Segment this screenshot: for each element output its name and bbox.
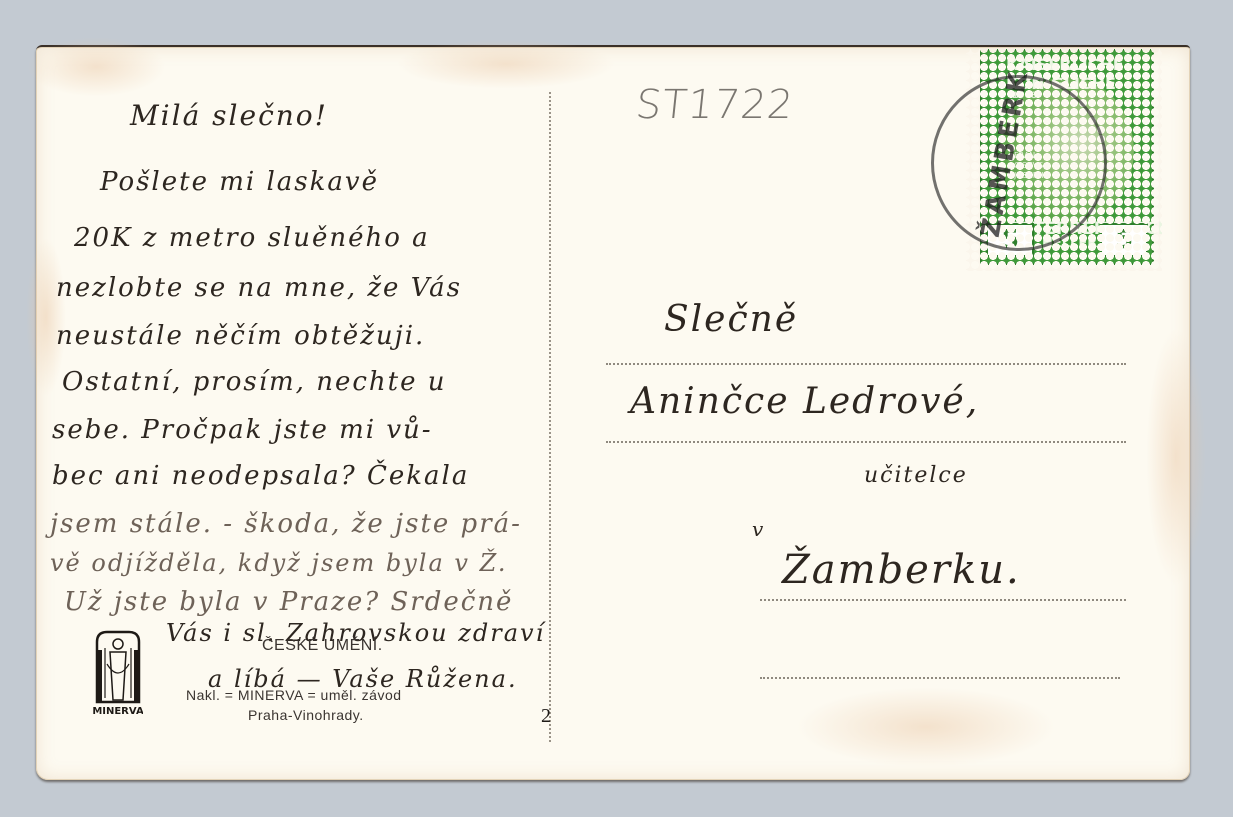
- address-town: Žamberku.: [782, 547, 1021, 593]
- message-line: Pošlete mi laskavě: [100, 167, 379, 197]
- svg-text:MINERVA: MINERVA: [93, 706, 143, 716]
- age-stain: [26, 237, 66, 397]
- age-stain: [26, 37, 166, 97]
- message-line: jsem stále. - škoda, že jste prá-: [50, 509, 522, 539]
- address-salutation: Slečně: [664, 299, 798, 340]
- publisher-series: ČESKÉ UMĚNÍ.: [262, 637, 383, 655]
- age-stain: [1146, 327, 1206, 587]
- stamp-value-right: 5: [1100, 223, 1148, 257]
- postmark: ŽAMBERK: [931, 75, 1107, 251]
- page-number: 2: [541, 705, 551, 728]
- message-greeting: Milá slečno!: [130, 99, 328, 132]
- postcard: ST1722 Milá slečno! Pošlete mi laskavě 2…: [36, 45, 1190, 780]
- message-line: bec ani neodepsala? Čekala: [52, 461, 469, 491]
- message-line: sebe. Pročpak jste mi vů-: [52, 415, 433, 445]
- age-stain: [796, 687, 1056, 767]
- message-line: Ostatní, prosím, nechte u: [62, 367, 447, 397]
- inventory-code: ST1722: [634, 82, 796, 128]
- postmark-text: ŽAMBERK: [976, 66, 1035, 239]
- age-stain: [396, 39, 616, 89]
- address-rule: [606, 441, 1126, 443]
- message-line: 20K z metro sluěného a: [74, 223, 430, 253]
- message-line: neustále něčím obtěžuji.: [56, 321, 425, 351]
- center-divider: [549, 92, 551, 742]
- message-line: Už jste byla v Praze? Srdečně: [64, 587, 513, 617]
- address-rule: [760, 599, 1126, 601]
- address-rule: [760, 677, 1120, 679]
- publisher-imprint: Nakl. = MINERVA = uměl. závod: [186, 687, 402, 703]
- message-line: vě odjížděla, když jsem byla v Ž.: [50, 549, 507, 577]
- address-recipient: Aninčce Ledrové,: [630, 381, 979, 422]
- address-rule: [606, 363, 1126, 365]
- address-occupation: učitelce: [864, 463, 968, 488]
- address-preposition: v: [752, 517, 765, 541]
- publisher-city: Praha-Vinohrady.: [248, 707, 364, 723]
- minerva-logo-icon: MINERVA: [93, 630, 143, 716]
- message-line: nezlobte se na mne, že Vás: [56, 273, 462, 303]
